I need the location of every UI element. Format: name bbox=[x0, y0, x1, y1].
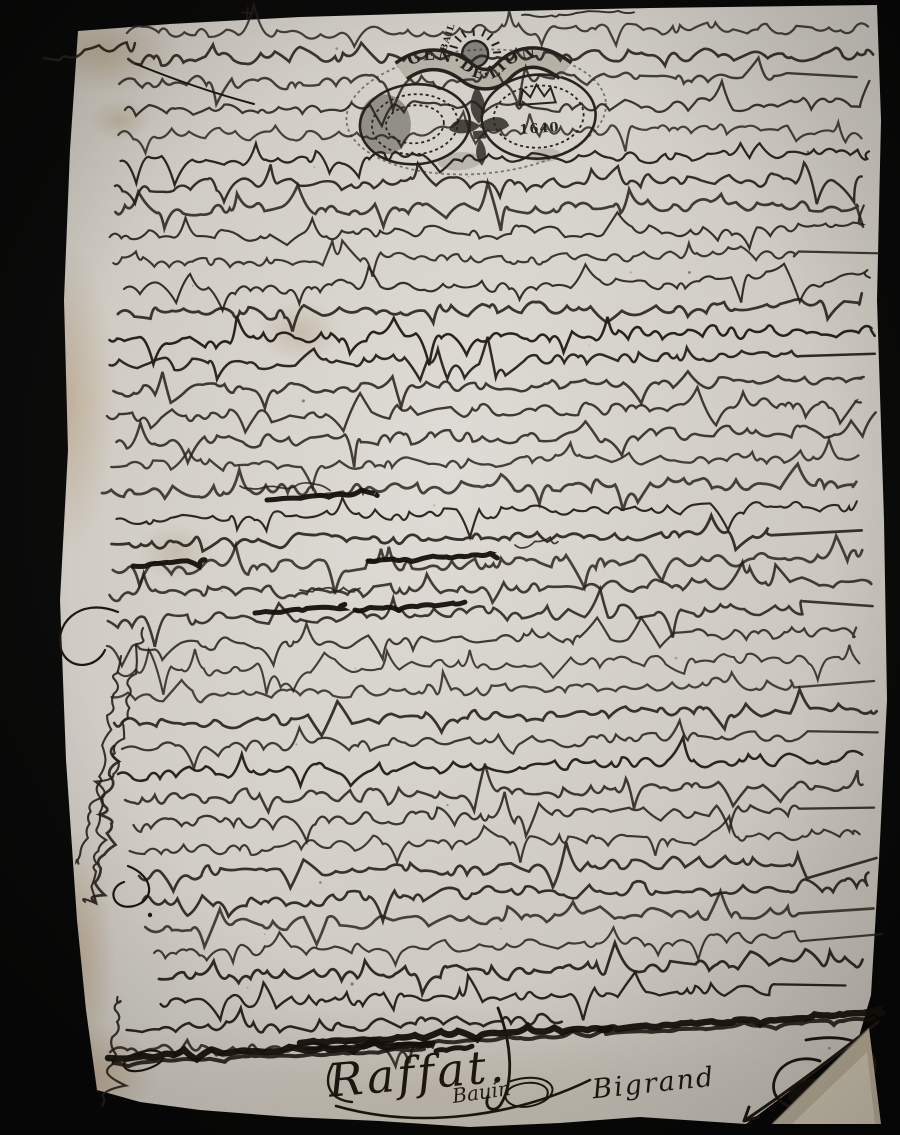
manuscript-photo: 1640 BAIL GEN·DE·LIO bbox=[0, 0, 900, 1135]
handwriting-body bbox=[102, 5, 882, 1067]
stamp-rosette-right-inner bbox=[492, 83, 586, 151]
invocation-cross: + bbox=[238, 0, 257, 25]
tax-stamp: 1640 BAIL GEN·DE·LIO bbox=[340, 11, 610, 182]
date-note-descender-loop bbox=[136, 64, 254, 104]
ink-layer: 1640 BAIL GEN·DE·LIO bbox=[0, 0, 900, 1135]
margin-note-loop bbox=[60, 608, 118, 665]
margin-signature-flourish bbox=[113, 866, 149, 907]
folded-corner bbox=[772, 1028, 881, 1124]
margin-flourish-dot bbox=[148, 913, 152, 917]
stamp-smudge-left bbox=[357, 93, 413, 156]
